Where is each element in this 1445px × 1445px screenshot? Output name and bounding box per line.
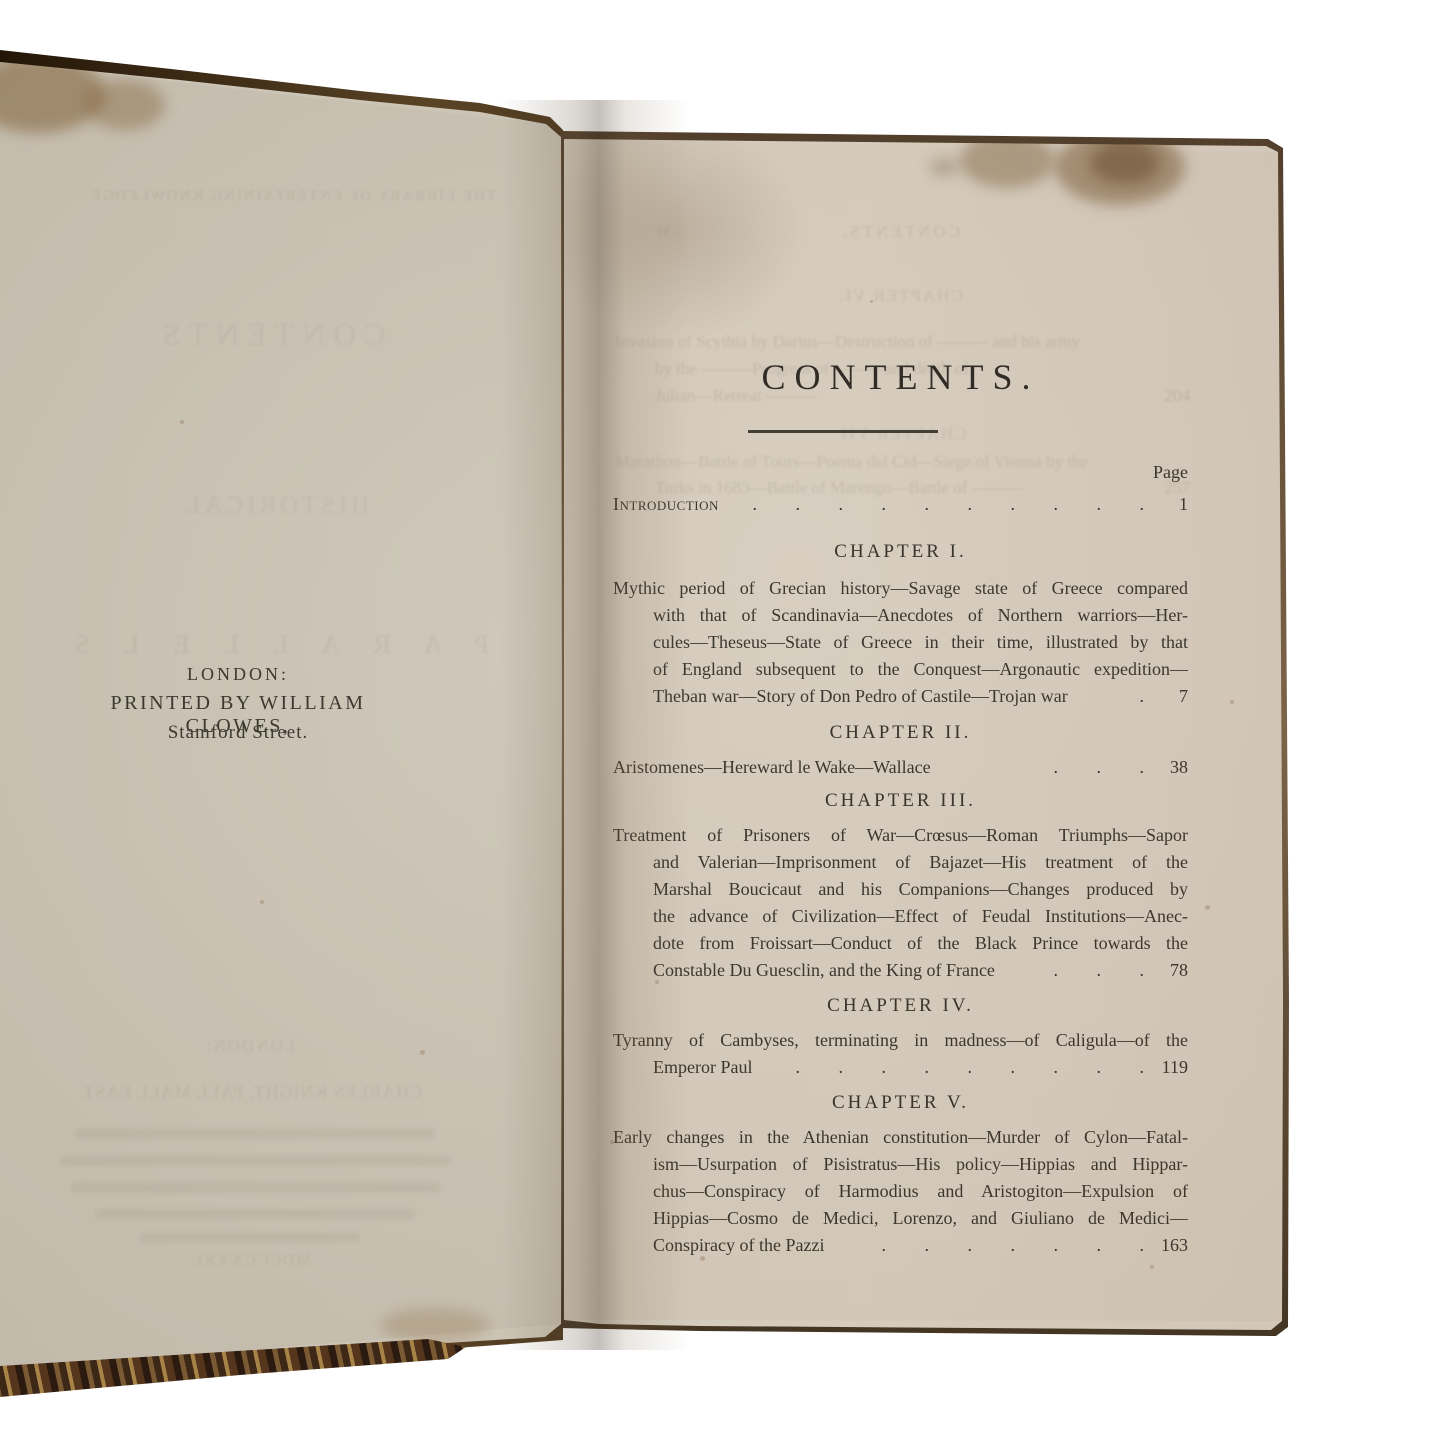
foxing-speck	[1150, 1265, 1154, 1269]
foxing-speck	[655, 980, 659, 984]
book-photo: THE LIBRARY OF ENTERTAINING KNOWLEDGE. C…	[0, 0, 1445, 1445]
foxing-speck	[1205, 905, 1210, 910]
foxing-speck	[420, 1050, 425, 1055]
foxing-speck	[610, 1140, 614, 1144]
foxing-speck	[1230, 700, 1234, 704]
foxing-speck	[700, 1256, 705, 1261]
foxing-speck	[260, 900, 264, 904]
foxing-speck	[870, 300, 873, 303]
gutter-shadow	[500, 100, 690, 1350]
foxing-speck	[180, 420, 184, 424]
